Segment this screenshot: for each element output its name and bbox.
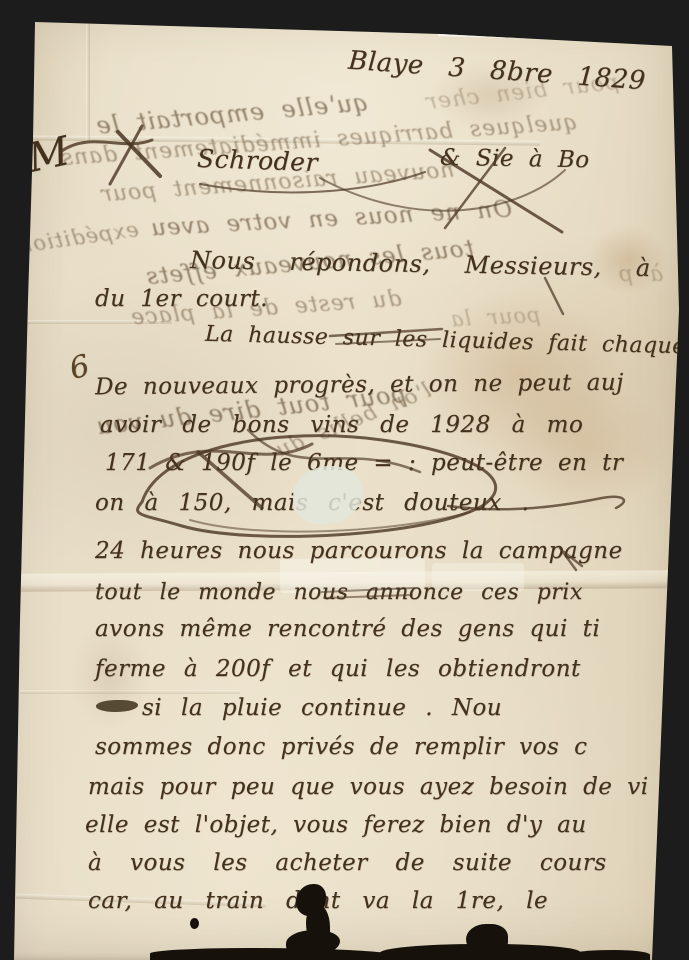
letter-line: 171 & 190f le 6me = : peut-être en tr: [105, 450, 623, 476]
ink-blot: [466, 924, 508, 956]
bleedthrough-line: On ne nous en votre aveu: [150, 197, 513, 242]
addressee-name: Schroder: [197, 144, 319, 177]
bleedthrough-line: expéditions :: [0, 217, 140, 263]
letter-photo: pour bien cher qu'elle emportait le quel…: [0, 0, 689, 960]
letter-line: on à 150, mais c'est douteux .: [95, 490, 529, 516]
letter-line: sommes donc privés de remplir vos c: [95, 734, 588, 760]
monogram: M: [24, 128, 74, 182]
ink-scratch: [96, 700, 138, 712]
letter-line: mais pour peu que vous ayez besoin de vi: [88, 774, 649, 800]
letter-line: tout le monde nous annonce ces prix: [95, 580, 583, 605]
bleedthrough-line: pour la: [449, 303, 541, 332]
letter-line: De nouveaux progrès, et on ne peut auj: [95, 370, 624, 401]
letter-line: La hausse sur les liquides fait chaque: [205, 322, 686, 360]
paper: pour bien cher qu'elle emportait le quel…: [0, 0, 689, 960]
torn-edge: [150, 948, 400, 960]
torn-edge: [560, 950, 650, 960]
letter-line: du 1er court.: [95, 286, 268, 312]
margin-numeral: 6: [66, 348, 94, 387]
torn-edge: [380, 944, 580, 960]
letter-line: ferme à 200f et qui les obtiendront: [95, 656, 581, 682]
letter-line: car, au train dont va la 1re, le: [88, 888, 548, 914]
letter-line: 24 heures nous parcourons la campagne: [95, 538, 623, 564]
paper-edge-fold: [438, 33, 672, 42]
letter-line: elle est l'objet, vous ferez bien d'y au: [85, 812, 587, 838]
ink-blot: [286, 930, 340, 956]
fold-crease: [86, 22, 90, 142]
ink-blot: [190, 918, 199, 929]
fold-crease: [20, 690, 240, 694]
letter-line: avons même rencontré des gens qui ti: [95, 616, 600, 642]
letter-line: si la pluie continue . Nou: [142, 695, 502, 721]
letter-line: à vous les acheter de suite cours: [88, 850, 607, 876]
addressee-destination: & Sie à Bo: [440, 145, 590, 174]
letter-line: avoir de bons vins de 1928 à mo: [100, 412, 583, 438]
